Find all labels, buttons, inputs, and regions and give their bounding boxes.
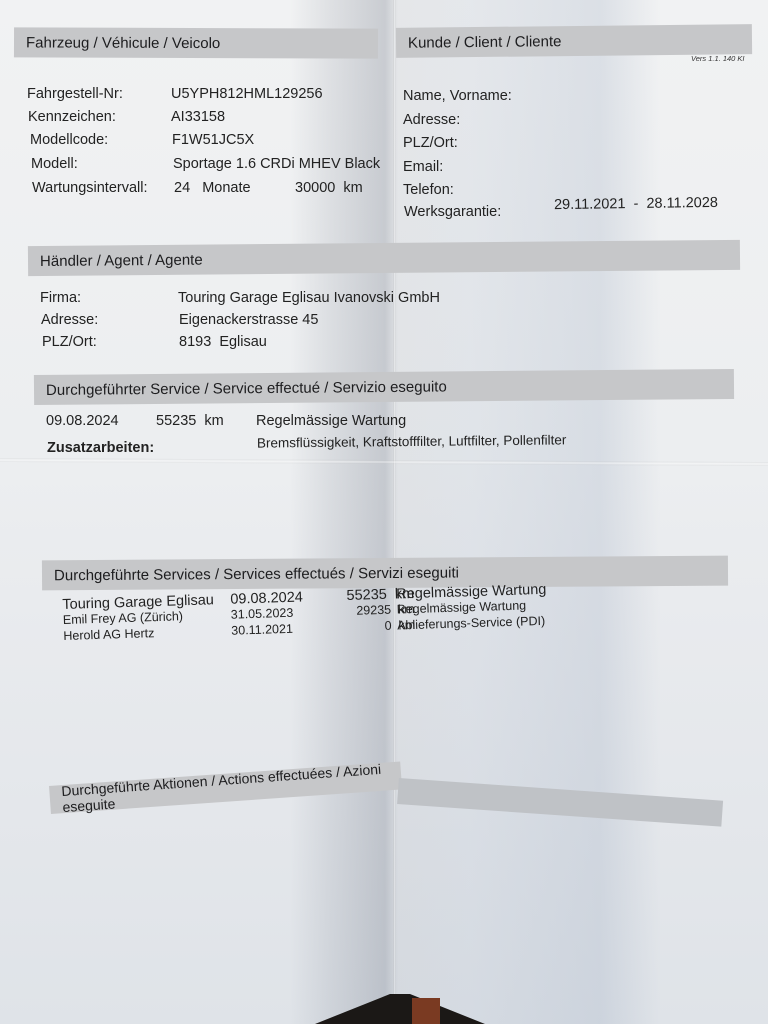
warranty-period: 29.11.2021 - 28.11.2028: [554, 195, 718, 213]
field-label: Telefon:: [403, 182, 454, 198]
field-label: Adresse:: [403, 112, 460, 128]
customer-field-phone: Telefon:: [403, 182, 454, 198]
field-value: 8193 Eglisau: [179, 334, 267, 350]
field-label: Firma:: [40, 290, 81, 306]
service-done-header-text: Durchgeführter Service / Service effectu…: [46, 378, 447, 398]
vehicle-section-header: Fahrzeug / Véhicule / Veicolo: [14, 27, 378, 58]
service-document: [0, 0, 768, 1024]
dealer-header-text: Händler / Agent / Agente: [40, 251, 203, 269]
service-type: Regelmässige Wartung: [256, 413, 406, 429]
field-label: Email:: [403, 159, 443, 175]
field-value: U5YPH812HML129256: [171, 86, 323, 102]
customer-field-email: Email:: [403, 159, 443, 175]
vehicle-field-model-code: Modellcode: F1W51JC5X: [30, 132, 108, 148]
version-label: Vers 1.1. 140 KI: [691, 54, 745, 63]
dealer-field-zip-city: PLZ/Ort: 8193 Eglisau: [42, 334, 97, 350]
service-done-section-header: Durchgeführter Service / Service effectu…: [34, 369, 734, 405]
customer-field-warranty: Werksgarantie: 29.11.2021 - 28.11.2028: [404, 204, 501, 220]
customer-section-header: Kunde / Client / Cliente: [396, 24, 752, 58]
field-label: Wartungsintervall:: [32, 180, 148, 196]
field-label: Modellcode:: [30, 132, 108, 148]
field-value-km: 30000 km: [295, 180, 363, 196]
table-row: Herold AG Hertz 30.11.2021 0 km Abliefer…: [63, 626, 154, 643]
field-label: Werksgarantie:: [404, 204, 501, 220]
dealer-name: Emil Frey AG (Zürich): [63, 609, 184, 627]
field-label: Name, Vorname:: [403, 88, 512, 104]
customer-field-name: Name, Vorname:: [403, 88, 512, 104]
customer-field-zip-city: PLZ/Ort:: [403, 135, 458, 151]
field-value: Sportage 1.6 CRDi MHEV Black: [173, 156, 380, 172]
customer-header-text: Kunde / Client / Cliente: [408, 33, 562, 52]
dealer-section-header: Händler / Agent / Agente: [28, 240, 740, 276]
service-date: 09.08.2024: [46, 413, 119, 429]
field-label: Fahrgestell-Nr:: [27, 86, 123, 102]
vehicle-field-plate: Kennzeichen: AI33158: [28, 109, 116, 125]
vehicle-field-vin: Fahrgestell-Nr: U5YPH812HML129256: [27, 86, 123, 102]
field-value: Eigenackerstrasse 45: [179, 312, 318, 328]
service-type: Regelmässige Wartung: [396, 598, 526, 616]
service-km: 55235 km: [156, 413, 224, 429]
field-value: F1W51JC5X: [172, 132, 254, 148]
vehicle-header-text: Fahrzeug / Véhicule / Veicolo: [26, 34, 220, 52]
service-date: 31.05.2023: [231, 606, 294, 622]
customer-field-address: Adresse:: [403, 112, 460, 128]
dealer-field-address: Adresse: Eigenackerstrasse 45: [41, 312, 98, 328]
vehicle-field-interval: Wartungsintervall: 24 Monate 30000 km: [32, 180, 148, 196]
field-value: AI33158: [171, 109, 225, 125]
field-label: PLZ/Ort:: [42, 334, 97, 350]
dealer-name: Herold AG Hertz: [63, 626, 154, 643]
field-value: Touring Garage Eglisau Ivanovski GmbH: [178, 290, 440, 306]
service-date: 30.11.2021: [231, 622, 293, 638]
field-label: Modell:: [31, 156, 78, 172]
service-extra-row: Zusatzarbeiten: Bremsflüssigkeit, Krafts…: [47, 440, 154, 456]
service-done-row: 09.08.2024 55235 km Regelmässige Wartung: [46, 413, 119, 429]
background-wood: [412, 998, 440, 1024]
paper-fold-vertical: [393, 0, 396, 1024]
table-row: Emil Frey AG (Zürich) 31.05.2023 29235 k…: [63, 609, 184, 627]
extra-work-label: Zusatzarbeiten:: [47, 440, 154, 456]
service-type: Ablieferungs-Service (PDI): [397, 614, 545, 633]
field-value: 24 Monate: [174, 180, 251, 196]
dealer-field-company: Firma: Touring Garage Eglisau Ivanovski …: [40, 290, 81, 306]
field-label: Adresse:: [41, 312, 98, 328]
field-label: PLZ/Ort:: [403, 135, 458, 151]
vehicle-field-model: Modell: Sportage 1.6 CRDi MHEV Black: [31, 156, 78, 172]
field-label: Kennzeichen:: [28, 109, 116, 125]
